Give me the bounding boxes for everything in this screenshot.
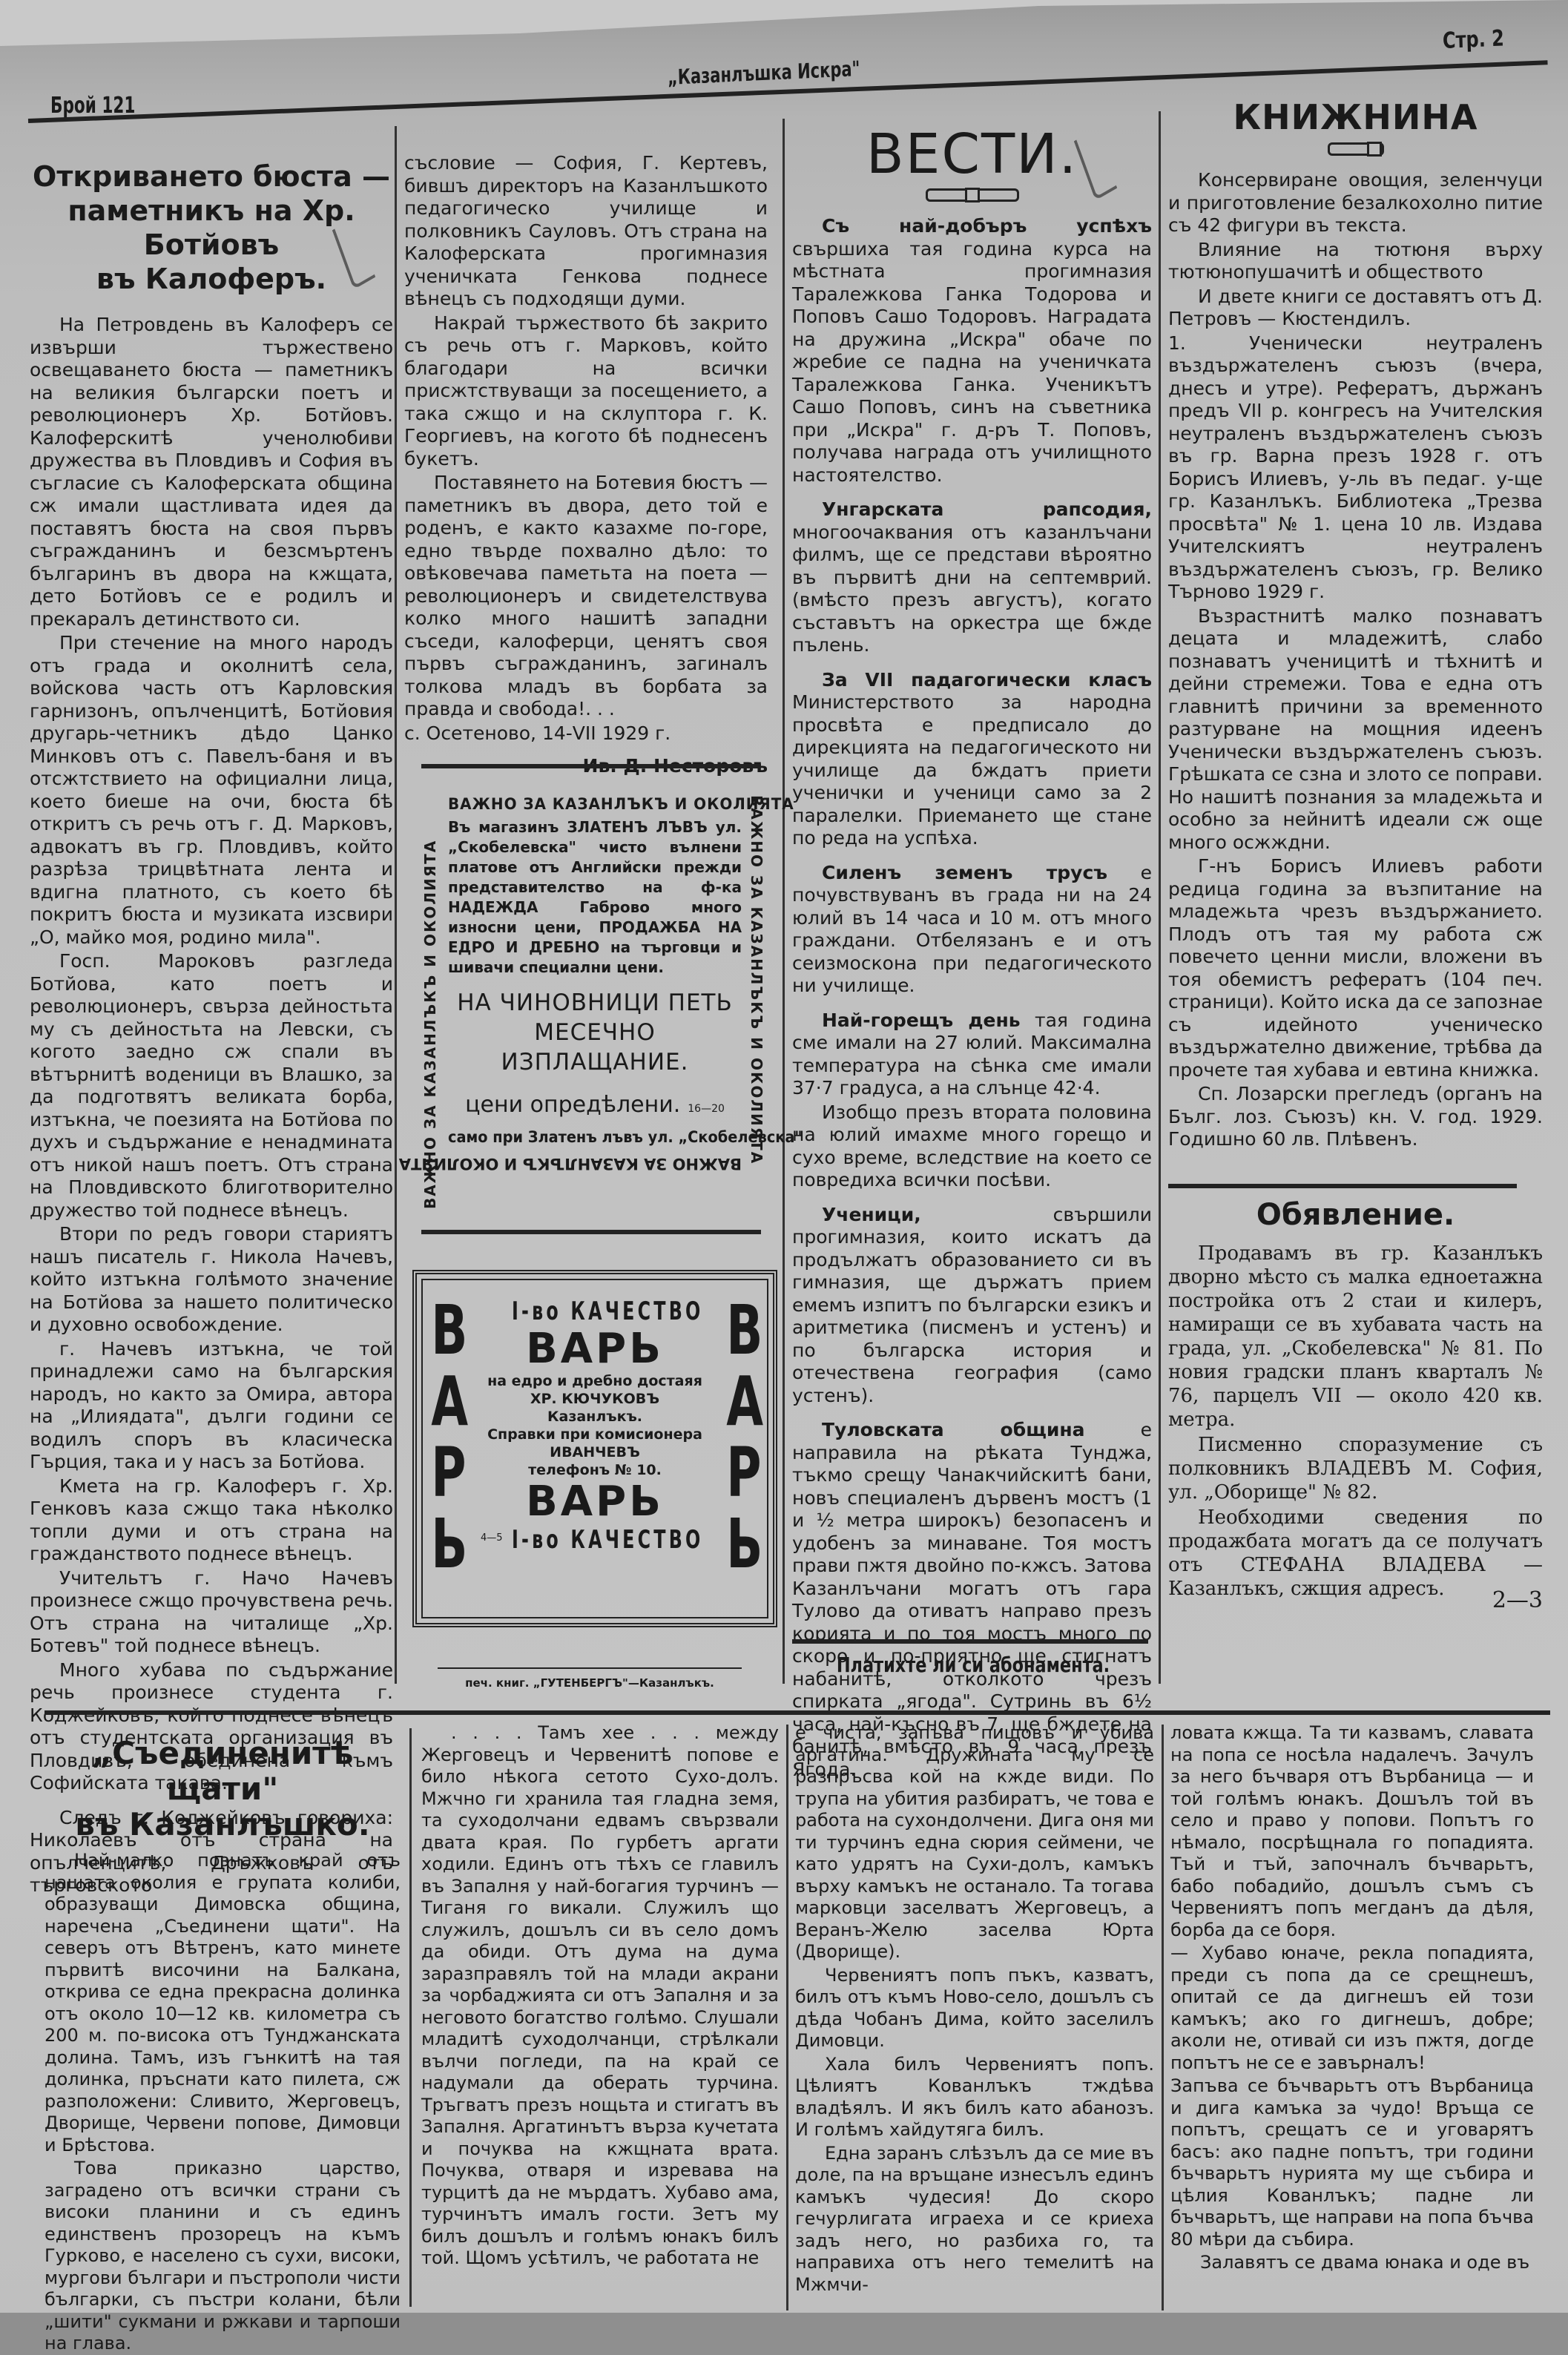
ad-body: Въ магазинъ ЗЛАТЕНЪ ЛЪВЪ ул. „Скобелевск… (448, 817, 742, 978)
paragraph: И двете книги се доставятъ отъ Д. Петров… (1168, 286, 1543, 331)
ad-prices: цени опредѣлени.16—20 (448, 1092, 742, 1118)
ad-heading: ВАЖНО ЗА КАЗАНЛЪКЪ И ОКОЛИЯТА (448, 795, 727, 813)
paragraph: — Хубаво юначе, рекла попадията, преди с… (1170, 1943, 1534, 2074)
feature-column-2: . . . . Тамъ хее . . . между Жерговецъ и… (421, 1722, 779, 2270)
ad-shop-address: само при Златенъ лъвъ ул. „Скобелевска" (448, 1128, 718, 1146)
ad-line: телефонъ № 10. (476, 1461, 714, 1479)
paragraph: Възрастнитѣ малко познаватъ децата и мла… (1168, 605, 1543, 854)
paragraph: На Петровдень въ Калоферъ се извърши тър… (30, 314, 393, 630)
feature-column-4: ловата кжща. Та ти казвамъ, славата на п… (1170, 1722, 1534, 2274)
side-letter: В (431, 1295, 463, 1366)
fixed-prices-text: цени опредѣлени. (465, 1092, 680, 1118)
ad-side-text-left: ВАЖНО ЗА КАЗАНЛЪКЪ И ОКОЛИЯТА (421, 840, 439, 1209)
section-rule (1168, 1184, 1517, 1188)
paragraph: е чиста, запъва пищовъ и убива аргатина.… (795, 1722, 1154, 1963)
subscription-reminder: Платихте ли си абонамента. (831, 1653, 1116, 1677)
side-letter: Р (726, 1437, 758, 1509)
feature-column-1: „Съединенитѣ щати" въ Казанлъшко. Най-ма… (45, 1736, 401, 2313)
column-divider (409, 1728, 412, 2307)
paragraph: 1. Ученически неутраленъ въздържателенъ … (1168, 332, 1543, 604)
paragraph: Сп. Лозарски прегледъ (органъ на Бълг. л… (1168, 1083, 1543, 1151)
section-divider (45, 1710, 1550, 1715)
ad-side-letters-left: В А Р Ь (431, 1295, 463, 1580)
side-letter: Р (431, 1437, 463, 1509)
newspaper-title: „Казанлъшка Искра" (668, 56, 860, 90)
ornament-divider (1328, 142, 1384, 156)
product-name: ВАРЬ (476, 1326, 714, 1372)
news-text: многоочаквания отъ казанлъчани филмъ, ще… (792, 521, 1152, 656)
news-item: Силенъ земенъ трусъ е почувствуванъ въ г… (792, 862, 1152, 998)
news-text: Министерството за народна просвѣта е пре… (792, 691, 1152, 849)
newspaper-page: Брой 121 „Казанлъшка Искра" Стр. 2 Откри… (0, 0, 1568, 2313)
news-lead: Най-горещъ день (822, 1009, 1021, 1031)
news-item: Ученици, свършили прогимназия, които иск… (792, 1204, 1152, 1408)
paragraph: Накрай тържеството бѣ закрито съ речь от… (404, 312, 768, 471)
dateline: с. Осетеново, 14-VII 1929 г. (404, 722, 768, 745)
paragraph: Влияние на тютюня върху тютюнопушачитѣ и… (1168, 239, 1543, 284)
news-lead: Туловската община (822, 1419, 1084, 1440)
page-number: Стр. 2 (1443, 25, 1505, 54)
books-section-title: КНИЖНИНА (1168, 96, 1543, 138)
classified-title: Обявление. (1168, 1203, 1543, 1227)
paragraph: съсловие — София, Г. Кертевъ, бившъ дире… (404, 152, 768, 311)
paragraph: Консервиране овощия, зеленчуци и пригото… (1168, 169, 1543, 237)
ornament-divider (926, 188, 1019, 202)
news-item: Най-горещъ день тая година сме имали на … (792, 1009, 1152, 1100)
news-item: Съ най-добъръ успѣхъ свършиха тая година… (792, 215, 1152, 487)
paragraph: Залавятъ се двама юнака и оде въ (1170, 2252, 1534, 2274)
news-lead: Ученици, (822, 1204, 921, 1225)
feature-column-3: е чиста, запъва пищовъ и убива аргатина.… (795, 1722, 1154, 2296)
paragraph: При стечение на много народъ отъ града и… (30, 632, 393, 949)
paragraph: Запъва се бъчварьтъ отъ Върбаница и дига… (1170, 2075, 1534, 2250)
column-divider (1159, 111, 1161, 1684)
news-text: Изобщо презъ втората половина на юлий им… (792, 1101, 1152, 1191)
column-divider (783, 119, 785, 1684)
ad-mirrored-footer: ВАЖНО ЗА КАЗАНЛЪКЪ И ОКОЛИЯТА (448, 1155, 742, 1173)
news-text: свършиха тая година курса на мѣстната пр… (792, 238, 1152, 486)
column-divider (395, 126, 397, 1684)
paragraph: Необходими сведения по продажбата могатъ… (1168, 1506, 1543, 1601)
column-divider (1162, 1725, 1164, 2310)
paragraph: Втори по редъ говори стариятъ нашъ писат… (30, 1223, 393, 1337)
ad-border-bottom (421, 1230, 761, 1234)
news-lead: Силенъ земенъ трусъ (822, 862, 1107, 883)
headline-line: въ Казанлъшко. (45, 1807, 401, 1842)
news-column: ВЕСТИ. Съ най-добъръ успѣхъ свършиха тая… (792, 125, 1152, 1781)
side-letter: В (726, 1295, 758, 1366)
paragraph: ловата кжща. Та ти казвамъ, славата на п… (1170, 1722, 1534, 1941)
books-column: КНИЖНИНА Консервиране овощия, зеленчуци … (1168, 96, 1543, 1151)
side-letter: Ь (431, 1509, 463, 1580)
ad-side-text-right: ВАЖНО ЗА КАЗАНЛЪКЪ И ОКОЛИЯТА (748, 795, 765, 1165)
paragraph: Червениятъ попъ пъкъ, казватъ, билъ отъ … (795, 1965, 1154, 2052)
classified-ad: Обявление. Продавамъ въ гр. Казанлъкъ дв… (1168, 1194, 1543, 1613)
paragraph: Най-малко познатъ край отъ нашата околия… (45, 1850, 401, 2156)
side-letter: А (431, 1366, 463, 1437)
printer-imprint: печ. книг. „ГУТЕНБЕРГЪ"—Казанлъкъ. (438, 1667, 742, 1690)
paragraph: Учительтъ г. Начо Начевъ произнесе сжщо … (30, 1567, 393, 1658)
ad-cloth-content: ВАЖНО ЗА КАЗАНЛЪКЪ И ОКОЛИЯТА Въ магазин… (448, 795, 742, 1173)
paragraph: . . . . Тамъ хее . . . между Жерговецъ и… (421, 1722, 779, 2270)
news-lead: Съ най-добъръ успѣхъ (822, 215, 1152, 237)
ad-cloth-shop: ВАЖНО ЗА КАЗАНЛЪКЪ И ОКОЛИЯТА ВАЖНО ЗА К… (406, 764, 771, 1239)
ad-line: на едро и дребно достаяя ХР. КЮЧУКОВЪ (476, 1372, 714, 1408)
ad-border-top (421, 764, 761, 768)
news-lead: Унгарската рапсодия, (822, 498, 1152, 520)
paragraph: Кмета на гр. Калоферъ г. Хр. Генковъ каз… (30, 1475, 393, 1566)
ad-lime: В А Р Ь В А Р Ь I-во КАЧЕСТВО ВАРЬ на ед… (412, 1270, 777, 1627)
ad-side-letters-right: В А Р Ь (726, 1295, 758, 1580)
feature-headline: „Съединенитѣ щати" въ Казанлъшко. (45, 1736, 401, 1842)
news-item: За VII падагогически класъ Министерствот… (792, 669, 1152, 850)
headline-line: „Съединенитѣ щати" (45, 1736, 401, 1807)
news-item: Изобщо презъ втората половина на юлий им… (792, 1101, 1152, 1192)
quality-top: I-во КАЧЕСТВО (512, 1297, 678, 1326)
column-divider (786, 1725, 788, 2310)
article-bust-column-2: съсловие — София, Г. Кертевъ, бившъ дире… (404, 152, 768, 778)
news-lead: За VII падагогически класъ (822, 669, 1152, 691)
quality-bottom: I-во КАЧЕСТВО (512, 1525, 678, 1555)
side-letter: Ь (726, 1509, 758, 1580)
headline-line: въ Калоферъ. (30, 262, 393, 296)
paragraph: Една заранъ слѣзълъ да се мие въ доле, п… (795, 2143, 1154, 2296)
ad-lime-content: I-во КАЧЕСТВО ВАРЬ на едро и дребно дост… (476, 1297, 714, 1555)
issue-range: 16—20 (688, 1103, 725, 1115)
paragraph: г. Начевъ изтъкна, че той принадлежи сам… (30, 1338, 393, 1474)
article-bust-column-1: Откриването бюста — паметникъ на Хр. Бот… (30, 159, 393, 1897)
news-text: свършили прогимназия, които искатъ да пр… (792, 1204, 1152, 1406)
paragraph: Поставянето на Ботевия бюстъ — паметникъ… (404, 472, 768, 721)
ad-installments: НА ЧИНОВНИЦИ ПЕТЬ МЕСЕЧНО ИЗПЛАЩАНИЕ. (448, 988, 742, 1077)
paragraph: Това приказно царство, заградено отъ вси… (45, 2158, 401, 2313)
news-item: Унгарската рапсодия, многоочаквания отъ … (792, 498, 1152, 657)
side-letter: А (726, 1366, 758, 1437)
paragraph: Госп. Мароковъ разгледа Ботйова, като по… (30, 950, 393, 1222)
issue-range: 4—5 (481, 1532, 503, 1544)
ad-line: Казанлъкъ. (476, 1408, 714, 1426)
section-rule (792, 1639, 1148, 1644)
headline-line: Откриването бюста — (30, 159, 393, 194)
product-name: ВАРЬ (476, 1479, 714, 1525)
paragraph: Продавамъ въ гр. Казанлъкъ дворно мѣсто … (1168, 1242, 1543, 1432)
paragraph: Писменно споразумение съ полковникъ ВЛАД… (1168, 1433, 1543, 1504)
paragraph: Хала билъ Червениятъ попъ. Цѣлиятъ Кован… (795, 2054, 1154, 2141)
ad-line: Справки при комисионера ИВАНЧЕВЪ (476, 1426, 714, 1461)
paragraph: Г-нъ Борисъ Илиевъ работи редица година … (1168, 855, 1543, 1081)
